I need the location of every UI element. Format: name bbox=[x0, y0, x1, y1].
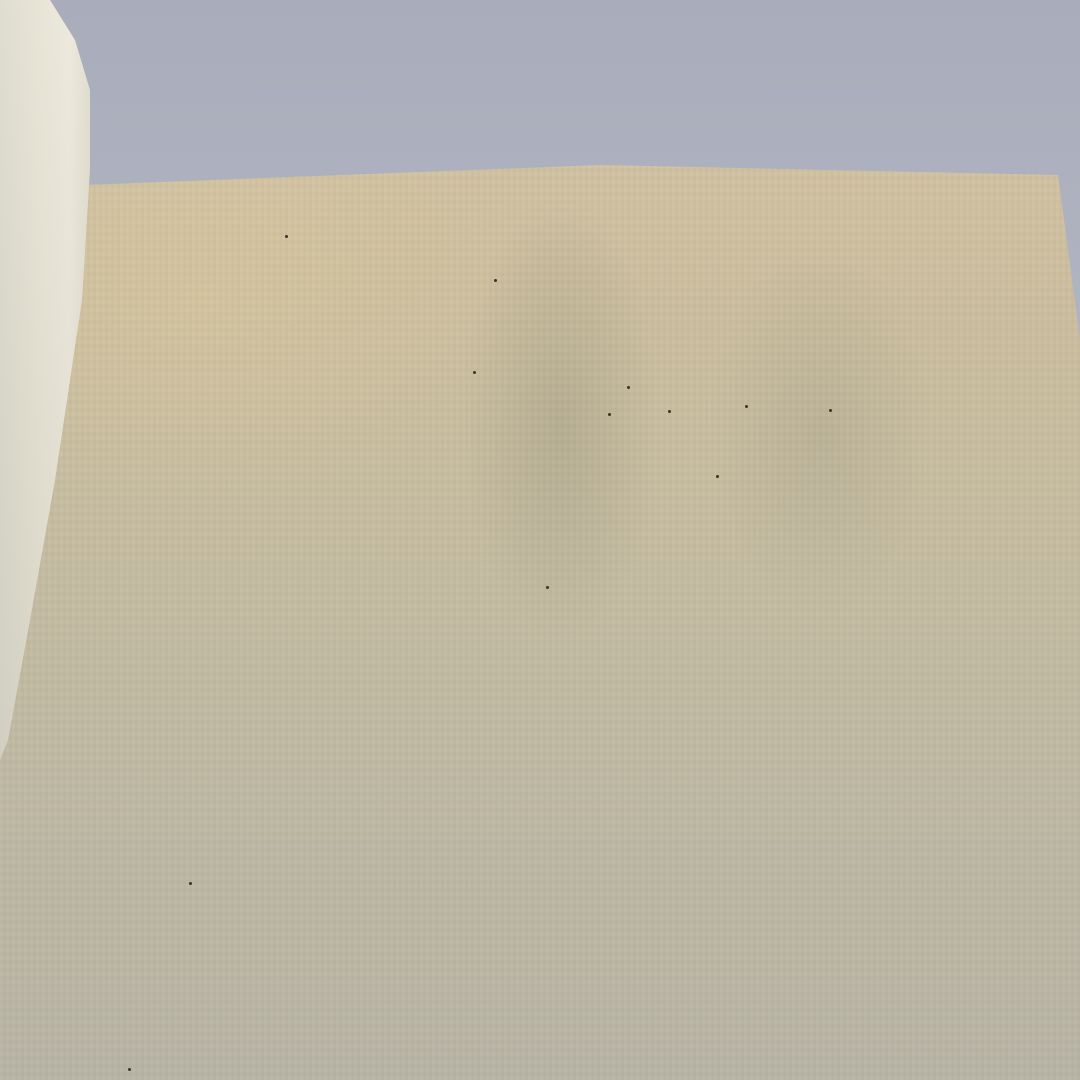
paper-speck bbox=[128, 1068, 131, 1071]
paper-speck bbox=[546, 586, 549, 589]
paper-speck bbox=[829, 409, 832, 412]
paper-speck bbox=[627, 386, 630, 389]
paper-speck bbox=[716, 475, 719, 478]
paper-speck bbox=[668, 410, 671, 413]
paper-speck bbox=[285, 235, 288, 238]
paper-speck bbox=[189, 882, 192, 885]
paper-speck bbox=[494, 279, 497, 282]
paper-speck bbox=[473, 371, 476, 374]
paper-speck bbox=[745, 405, 748, 408]
paper-speck bbox=[608, 413, 611, 416]
